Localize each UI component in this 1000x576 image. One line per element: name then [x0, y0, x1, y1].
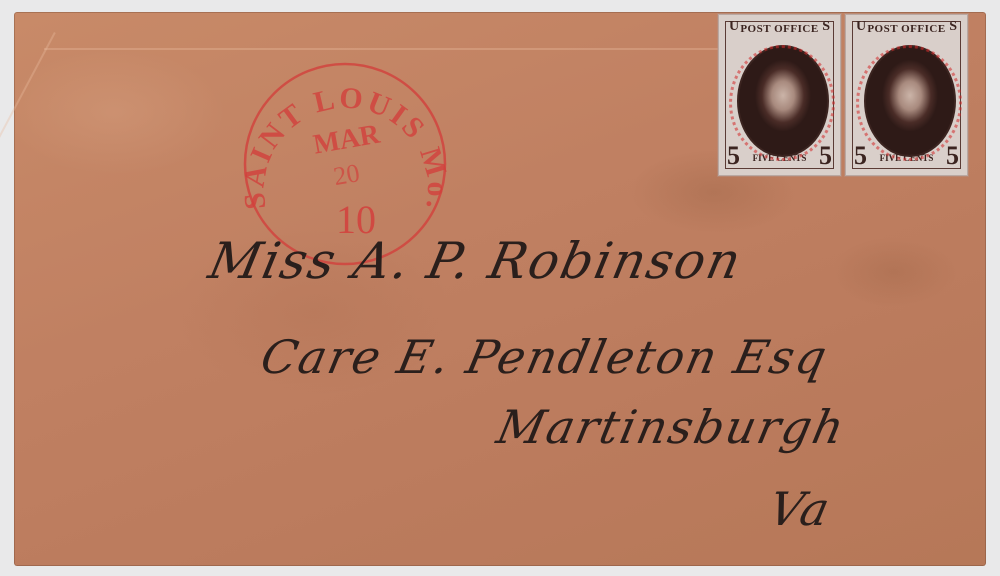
address-state: Va — [764, 482, 836, 536]
address-care-of: Care E. Pendleton Esq — [256, 330, 833, 384]
handwritten-address: Miss A. P. Robinson Care E. Pendleton Es… — [0, 0, 1000, 576]
address-town: Martinsburgh — [492, 400, 851, 454]
address-recipient: Miss A. P. Robinson — [204, 232, 748, 290]
